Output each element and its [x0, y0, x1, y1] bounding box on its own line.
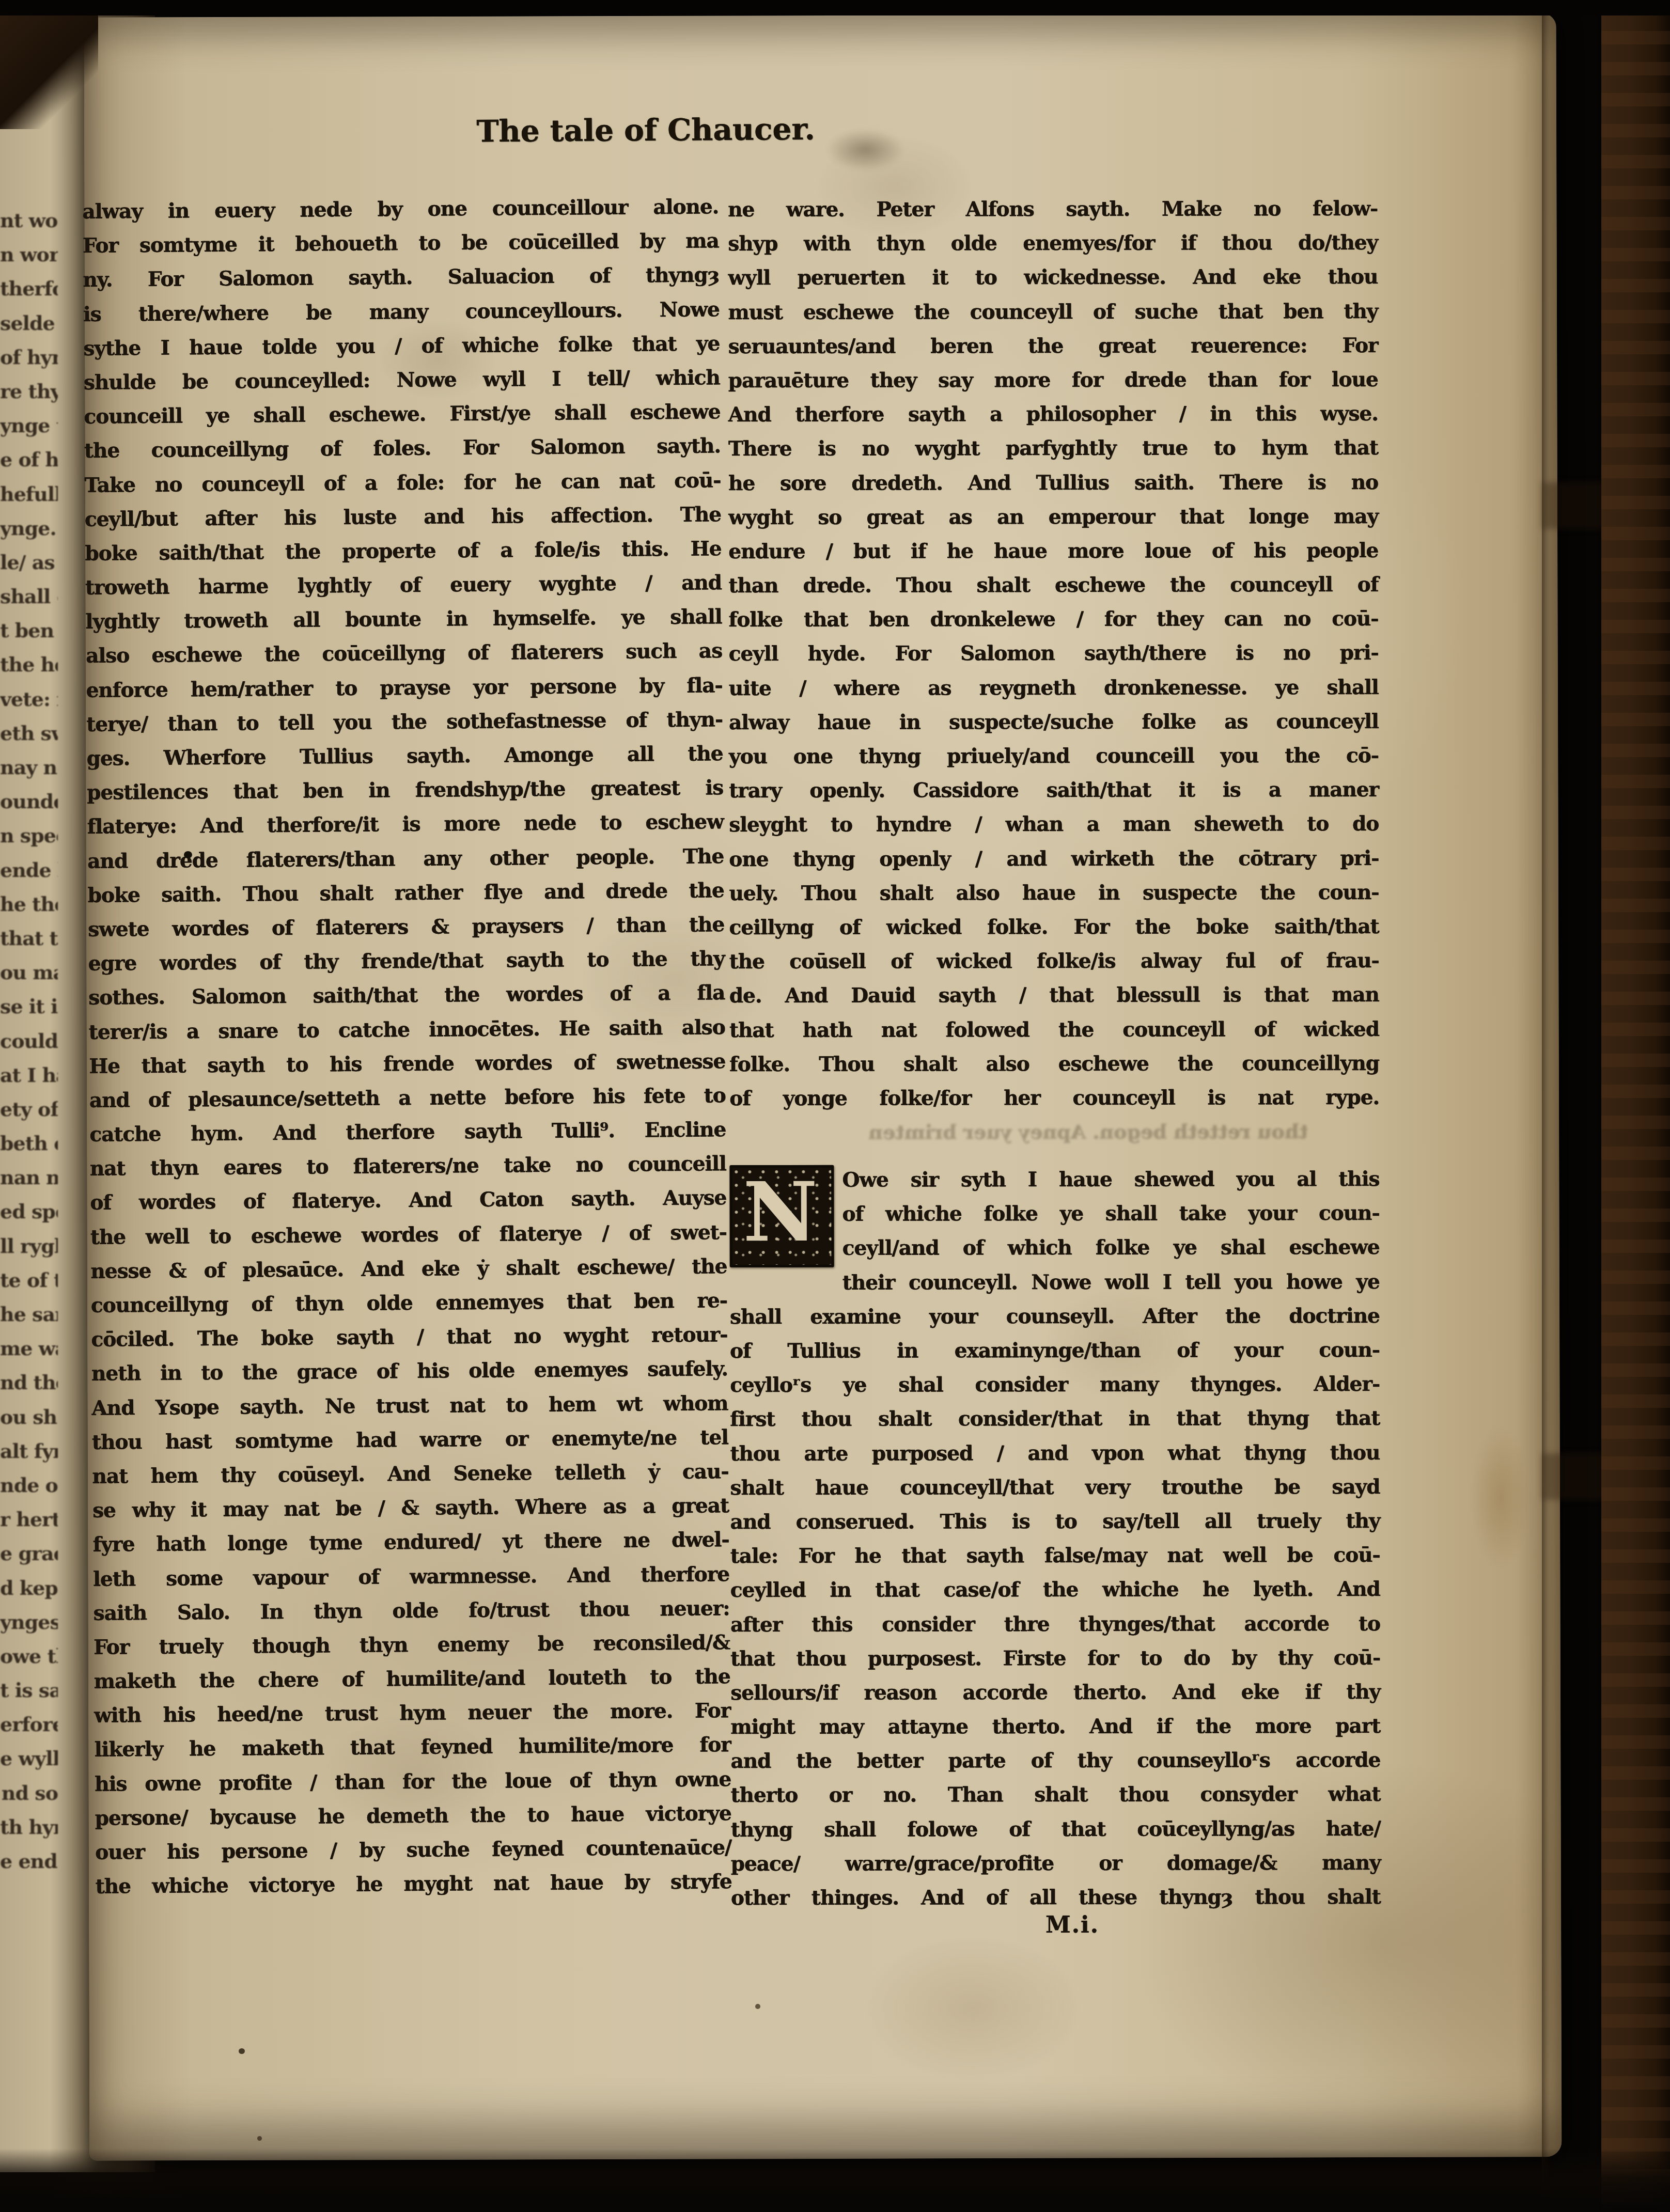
- facing-page-text-fragment: n wordes: [0, 238, 58, 272]
- facing-page-text-fragment: le/ as the ca: [0, 545, 58, 579]
- facing-page-text-fragment: erfore: [0, 1707, 58, 1742]
- text-line: of wordes of flaterye. And Caton sayth. …: [90, 1181, 726, 1220]
- facing-page-text-fragment: te of the: [0, 1263, 58, 1297]
- ink-bleedthrough-text: thou retteth begon. Apney yuer brimten: [791, 1120, 1308, 1144]
- facing-page-text-fragment: t ben trewe.: [0, 614, 58, 648]
- text-line: For truely though thyn enemy be reconsil…: [93, 1625, 730, 1665]
- text-line: and of plesaunce/setteth a nette before …: [89, 1078, 726, 1118]
- paragraph-2: N Owe sir syth I haue shewed you al this…: [729, 1162, 1379, 1266]
- facing-page-text-fragment: e grace: [0, 1536, 58, 1571]
- facing-page-text-fragment: ynge thy fre: [0, 409, 58, 443]
- facing-page-text-fragment: he same: [0, 1297, 58, 1331]
- text-line: For somtyme it behoueth to be coūceilled…: [83, 224, 719, 263]
- facing-page-text-fragment: nde of: [0, 1468, 58, 1502]
- text-line: the counceillyng of foles. For Salomon s…: [84, 429, 721, 468]
- text-line: wyll peruerten it to wickednesse. And ek…: [728, 260, 1378, 295]
- text-line: one thyng openly / and wirketh the cōtra…: [729, 841, 1379, 876]
- facing-page-text-fragment: n specyall: [0, 819, 58, 853]
- photo-of-open-book: { "colors":{ "background":"#060504", "pa…: [0, 0, 1670, 2212]
- facing-page-text-fragments: nt wordes/n wordestherfore/ neselde wham…: [0, 203, 58, 1908]
- text-line: their counceyll. Nowe woll I tell you ho…: [730, 1265, 1380, 1300]
- text-line: shall examine your counseyll. After the …: [730, 1299, 1380, 1334]
- facing-page-text-fragment: ynges: [0, 1605, 58, 1639]
- facing-page-text-fragment: ynge. And: [0, 511, 58, 545]
- facing-page-text-fragment: e wyll: [0, 1742, 58, 1776]
- text-line: sothes. Salomon saith/that the wordes of…: [88, 976, 725, 1015]
- text-line: shulde be counceylled: Nowe wyll I tell/…: [84, 360, 720, 400]
- text-line: uite / where as reygneth dronkenesse. ye…: [729, 670, 1379, 705]
- text-line: troweth harme lyghtly of euery wyghte / …: [85, 566, 722, 605]
- text-column-right: ne ware. Peter Alfons sayth. Make no fel…: [728, 192, 1381, 1915]
- paragraph-gap: thou retteth begon. Apney yuer brimten: [729, 1115, 1379, 1163]
- facing-page-text-fragment: e of hem be: [0, 443, 58, 477]
- text-line: the well to eschewe wordes of flaterye /…: [90, 1215, 727, 1254]
- paragraph-1: ne ware. Peter Alfons sayth. Make no fel…: [728, 192, 1379, 1116]
- book-fore-edge-pages: [1542, 7, 1608, 2197]
- text-line: sleyght to hyndre / whan a man sheweth t…: [729, 807, 1379, 842]
- text-line: And Ysope sayth. Ne trust nat to hem wt …: [91, 1386, 728, 1425]
- text-line: He that sayth to his frende wordes of sw…: [89, 1044, 725, 1084]
- facing-page-text-fragment: nay noth: [0, 750, 58, 785]
- text-line: lyghtly troweth all bounte in hymselfe. …: [85, 600, 722, 639]
- text-line: uely. Thou shalt also haue in suspecte t…: [729, 875, 1379, 911]
- text-line: peace/ warre/grace/profite or domage/& m…: [731, 1846, 1381, 1881]
- text-line: of Tullius in examinynge/than of your co…: [730, 1333, 1380, 1368]
- text-line: boke saith/that the properte of a fole/i…: [85, 531, 721, 571]
- text-line: of yonge folke/for her counceyll is nat …: [729, 1080, 1379, 1116]
- facing-page-text-fragment: nd thou: [0, 1366, 58, 1400]
- text-line: folke that ben dronkelewe / for they can…: [728, 602, 1378, 637]
- facing-page-text-fragment: he thou: [0, 887, 58, 921]
- text-line: ny. For Salomon sayth. Saluacion of thyn…: [83, 258, 719, 297]
- fore-edge-streak: [1542, 482, 1608, 529]
- text-line: leth some vapour of warmnesse. And therf…: [93, 1557, 729, 1596]
- text-line: pestilences that ben in frendshyp/the gr…: [87, 771, 723, 810]
- text-line: seruauntes/and beren the great reuerence…: [728, 328, 1378, 364]
- text-line: the whiche victorye he myght nat haue by…: [95, 1864, 731, 1904]
- text-line: ceyll/but after his luste and his affect…: [85, 497, 721, 537]
- text-line: after this consider thre thynges/that ac…: [730, 1606, 1380, 1641]
- text-line: saith Salo. In thyn olde fo/trust thou n…: [93, 1591, 729, 1630]
- facing-page-text-fragment: nt wordes/: [0, 203, 58, 238]
- facing-page-text-fragment: me was: [0, 1331, 58, 1366]
- text-line: ceyll hyde. For Salomon sayth/there is n…: [729, 636, 1379, 671]
- facing-page-text-fragment: t is sayd: [0, 1673, 58, 1707]
- margin-stain: [1470, 1425, 1532, 1570]
- text-line: maketh the chere of humilite/and louteth…: [93, 1659, 730, 1699]
- text-line: first thou shalt consider/that in that t…: [730, 1401, 1380, 1436]
- facing-page-text-fragment: ou shalt: [0, 1400, 58, 1434]
- text-line: alway in euery nede by one counceillour …: [82, 190, 719, 229]
- text-line: ceylled in that case/of the whiche he ly…: [730, 1572, 1380, 1607]
- text-line: thou hast somtyme had warre or enemyte/n…: [92, 1420, 728, 1460]
- facing-page-text-fragment: selde wham: [0, 306, 58, 340]
- text-line: with his heed/ne trust hym neuer the mor…: [94, 1693, 730, 1733]
- text-line: alway haue in suspecte/suche folke as co…: [729, 704, 1379, 740]
- text-line: ceillyng of wicked folke. For the boke s…: [729, 909, 1379, 945]
- text-line: than drede. Thou shalt eschewe the counc…: [728, 568, 1378, 603]
- text-line: ouer his persone / by suche feyned count…: [95, 1830, 731, 1870]
- facing-page-text-fragment: the herte of: [0, 648, 58, 682]
- facing-page-text-fragment: therfore/ ne: [0, 272, 58, 306]
- text-line: nesse & of plesaūce. And eke ẏ shalt esc…: [90, 1249, 727, 1289]
- text-line: other thinges. And of all these thyngȝ t…: [731, 1880, 1381, 1915]
- text-line: wyght so great as an emperour that longe…: [728, 499, 1378, 535]
- facing-page-text-fragment: owe th: [0, 1639, 58, 1673]
- facing-page-text-fragment: coulde: [0, 1024, 58, 1058]
- text-line: enforce hem/rather to prayse yor persone…: [86, 668, 722, 708]
- facing-page-text-fragment: beth oft: [0, 1126, 58, 1160]
- text-line: flaterye: And therfore/it is more nede t…: [87, 805, 723, 844]
- text-line: se why it may nat be / & sayth. Where as…: [92, 1488, 729, 1528]
- facing-page-text-fragment: r herte: [0, 1502, 58, 1536]
- woodcut-initial-N: N: [729, 1165, 834, 1267]
- text-line: neth in to the grace of his olde enemyes…: [91, 1352, 728, 1391]
- text-line: There is no wyght parfyghtly true to hym…: [728, 431, 1378, 466]
- text-line: shyp with thyn olde enemyes/for if thou …: [728, 226, 1378, 261]
- text-line: therto or no. Than shalt thou consyder w…: [730, 1777, 1380, 1812]
- text-line: likerly he maketh that feyned humilite/m…: [94, 1728, 730, 1767]
- signature-mark: M.i.: [729, 1912, 1379, 1938]
- facing-page-text-fragment: hefull/ olde: [0, 477, 58, 511]
- facing-page-text-fragment: eth swetnes: [0, 716, 58, 750]
- facing-page-text-fragment: ety of: [0, 1092, 58, 1126]
- text-line: thyng shall folowe of that coūceyllyng/a…: [731, 1812, 1381, 1847]
- leather-binding: [1601, 0, 1670, 2212]
- text-line: the coūsell of wicked folke/is alway ful…: [729, 944, 1379, 979]
- text-line: tale: For he that sayth false/may nat we…: [730, 1538, 1380, 1573]
- facing-page-text-fragment: alt fynde: [0, 1434, 58, 1468]
- text-line: cōciled. The boke sayth / that no wyght …: [91, 1317, 727, 1357]
- facing-page-text-fragment: of hym self: [0, 340, 58, 374]
- facing-page-text-fragment: ou may: [0, 955, 58, 990]
- text-line: swete wordes of flaterers & praysers / t…: [88, 907, 724, 947]
- initial-letter: N: [743, 1165, 818, 1260]
- text-line: his owne profite / than for the loue of …: [95, 1762, 731, 1801]
- text-line: persone/ bycause he demeth the to haue v…: [95, 1796, 731, 1836]
- facing-page-text-fragment: at I haue: [0, 1058, 58, 1092]
- text-line: fyre hath longe tyme endured/ yt there n…: [92, 1523, 729, 1562]
- text-line: ceylloʳs ye shal consider many thynges. …: [730, 1367, 1380, 1402]
- text-line: and conserued. This is to say/tell all t…: [730, 1504, 1380, 1539]
- text-line: de. And Dauid sayth / that blessull is t…: [729, 978, 1379, 1013]
- facing-page-text-fragment: shall clepe: [0, 579, 58, 614]
- text-line: thou arte purposed / and vpon what thyng…: [730, 1435, 1380, 1470]
- text-line: must eschewe the counceyll of suche that…: [728, 294, 1378, 329]
- header-smudge: [826, 129, 904, 170]
- facing-page-text-fragment: re thy frende: [0, 374, 58, 409]
- text-line: terye/ than to tell you the sothefastnes…: [86, 702, 723, 742]
- photo-bottom-shadow: [0, 2148, 1670, 2212]
- facing-page-text-fragment: vete: ryght: [0, 682, 58, 716]
- text-line: and drede flaterers/than any other peopl…: [87, 839, 724, 878]
- text-line: you one thyng priuely/and counceill you …: [729, 739, 1379, 774]
- speck: [257, 2136, 262, 2141]
- text-line: sellours/if reason accorde therto. And e…: [730, 1675, 1380, 1710]
- facing-page-text-fragment: d kepe: [0, 1571, 58, 1605]
- speck: [755, 2004, 760, 2009]
- facing-page-text-fragment: ende be: [0, 853, 58, 887]
- text-line: parauēture they say more for drede than …: [728, 363, 1378, 398]
- text-line: trary openly. Cassidore saith/that it is…: [729, 773, 1379, 808]
- text-line: Take no counceyll of a fole: for he can …: [84, 463, 721, 503]
- text-line: egre wordes of thy frende/that sayth to …: [88, 942, 724, 981]
- facing-page-text-fragment: se it in: [0, 990, 58, 1024]
- text-line: might may attayne therto. And if the mor…: [730, 1709, 1380, 1744]
- facing-page-text-fragment: th hym: [0, 1810, 58, 1844]
- text-line: terer/is a snare to catche innocētes. He…: [88, 1010, 725, 1049]
- facing-page-text-fragment: that thyn: [0, 921, 58, 955]
- text-line: he sore dredeth. And Tullius saith. Ther…: [728, 465, 1378, 500]
- text-line: And therfore sayth a philosopher / in th…: [728, 397, 1378, 432]
- facing-page-text-fragment: e ende: [0, 1844, 58, 1878]
- text-line: endure / but if he haue more loue of his…: [728, 534, 1378, 569]
- text-line: ne ware. Peter Alfons sayth. Make no fel…: [728, 192, 1378, 227]
- text-line: also eschewe the coūceillyng of flaterer…: [86, 634, 722, 673]
- fore-edge-streak: [1542, 1453, 1608, 1500]
- facing-page-text-fragment: ed specy: [0, 1195, 58, 1229]
- paragraph-2-body: their counceyll. Nowe woll I tell you ho…: [730, 1265, 1381, 1916]
- text-line: shalt haue counceyll/that very trouthe b…: [730, 1470, 1380, 1505]
- facing-page-text-fragment: ounde: [0, 785, 58, 819]
- text-line: folke. Thou shalt also eschewe the counc…: [729, 1046, 1379, 1081]
- facing-page-text-fragment: nan nede: [0, 1160, 58, 1195]
- text-line: nat hem thy coūseyl. And Seneke telleth …: [92, 1454, 728, 1494]
- text-line: counceillyng of thyn olde ennemyes that …: [91, 1283, 727, 1323]
- text-line: is there/where be many counceyllours. No…: [83, 292, 720, 332]
- leather-corner-top-left: [0, 0, 98, 129]
- text-line: and the better parte of thy counseylloʳs…: [730, 1743, 1380, 1778]
- text-line: counceill ye shall eschewe. First/ye sha…: [84, 395, 720, 434]
- text-line: nat thyn eares to flaterers/ne take no c…: [90, 1147, 726, 1186]
- photo-top-edge: [0, 0, 1670, 15]
- text-line: boke saith. Thou shalt rather flye and d…: [87, 873, 724, 913]
- text-line: that hath nat folowed the counceyll of w…: [729, 1012, 1379, 1047]
- facing-page-text-fragment: nd so: [0, 1776, 58, 1810]
- text-column-left: alway in euery nede by one counceillour …: [82, 190, 732, 1904]
- speck: [239, 2048, 245, 2054]
- text-line: ges. Wherfore Tullius sayth. Amonge all …: [86, 736, 723, 776]
- text-line: catche hym. And therfore sayth Tulli⁹. E…: [89, 1112, 726, 1152]
- ink-blob-stain: [184, 851, 192, 858]
- text-line: that thou purposest. Firste for to do by…: [730, 1641, 1380, 1676]
- facing-page-text-fragment: ll ryght: [0, 1229, 58, 1263]
- text-line: sythe I haue tolde you / of whiche folke…: [83, 326, 720, 366]
